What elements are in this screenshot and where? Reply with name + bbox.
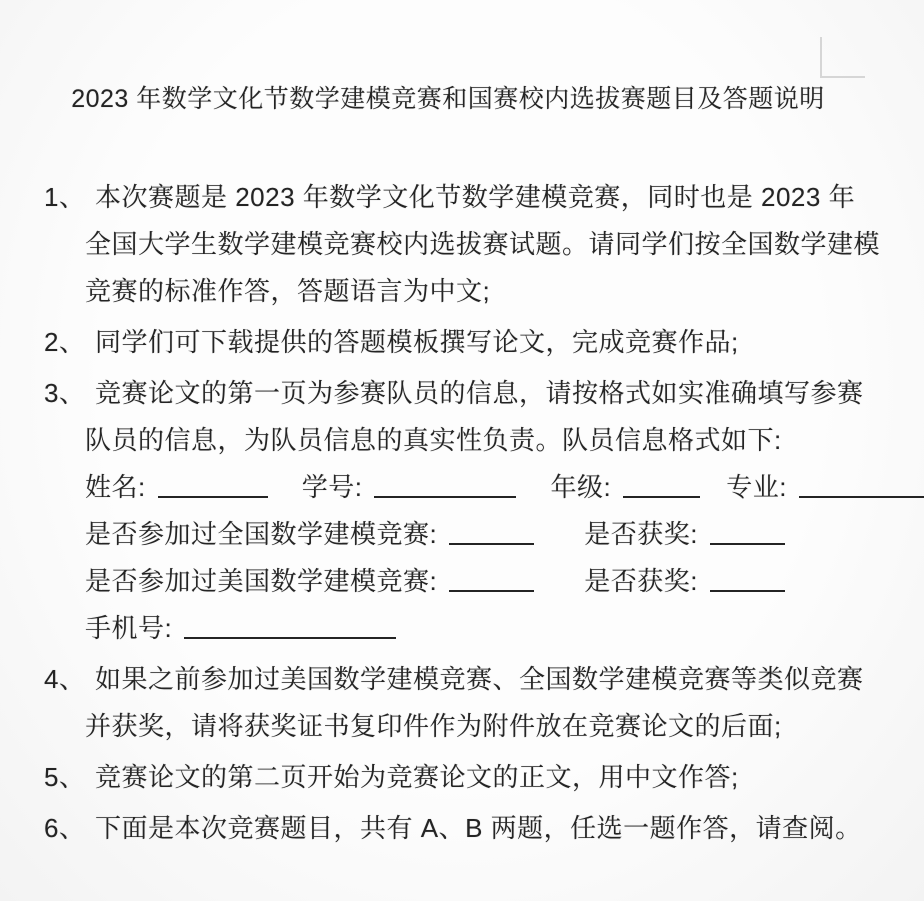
item-text-line: 竞赛的标准作答，答题语言为中文; <box>85 268 852 315</box>
phone-label: 手机号: <box>85 613 172 643</box>
list-item-6: 6、 下面是本次竞赛题目，共有 A、B 两题，任选一题作答，请查阅。 <box>44 805 852 852</box>
team-info-row-phone: 手机号: <box>85 605 852 652</box>
item-text-line: 竞赛论文的第二页开始为竞赛论文的正文，用中文作答; <box>85 754 852 801</box>
us-contest-blank-field <box>449 574 534 592</box>
item-text-line: 并获奖，请将获奖证书复印件作为附件放在竞赛论文的后面; <box>85 703 852 750</box>
team-info-row-basic: 姓名:学号:年级:专业: <box>85 464 852 511</box>
us-contest-label: 是否参加过美国数学建模竞赛: <box>85 566 437 596</box>
document-content: 2023 年数学文化节数学建模竞赛和国赛校内选拔赛题目及答题说明 1、 本次赛题… <box>44 84 852 856</box>
item-text-line: 全国大学生数学建模竞赛校内选拔赛试题。请同学们按全国数学建模 <box>85 221 852 268</box>
phone-blank-field <box>184 621 396 639</box>
student-id-label: 学号: <box>302 472 363 502</box>
item-text-line: 本次赛题是 2023 年数学文化节数学建模竞赛，同时也是 2023 年 <box>85 174 852 221</box>
student-id-blank-field <box>374 480 516 498</box>
item-number: 3、 <box>44 370 85 417</box>
list-item-5: 5、 竞赛论文的第二页开始为竞赛论文的正文，用中文作答; <box>44 754 852 801</box>
page-title: 2023 年数学文化节数学建模竞赛和国赛校内选拔赛题目及答题说明 <box>44 84 852 114</box>
item-text-line: 队员的信息，为队员信息的真实性负责。队员信息格式如下: <box>85 417 852 464</box>
national-contest-label: 是否参加过全国数学建模竞赛: <box>85 519 437 549</box>
item-text-line: 同学们可下载提供的答题模板撰写论文，完成竞赛作品; <box>85 319 852 366</box>
name-blank-field <box>158 480 268 498</box>
us-award-label: 是否获奖: <box>584 566 698 596</box>
name-label: 姓名: <box>85 472 146 502</box>
item-number: 4、 <box>44 656 85 703</box>
item-text-line: 如果之前参加过美国数学建模竞赛、全国数学建模竞赛等类似竞赛 <box>85 656 852 703</box>
document-page: 2023 年数学文化节数学建模竞赛和国赛校内选拔赛题目及答题说明 1、 本次赛题… <box>0 0 924 901</box>
grade-label: 年级: <box>550 472 611 502</box>
national-award-blank-field <box>710 527 785 545</box>
page-margin-corner-mark <box>820 37 865 78</box>
major-blank-field <box>799 480 924 498</box>
team-info-row-us-contest: 是否参加过美国数学建模竞赛:是否获奖: <box>85 558 852 605</box>
grade-blank-field <box>623 480 700 498</box>
team-info-row-national-contest: 是否参加过全国数学建模竞赛:是否获奖: <box>85 511 852 558</box>
us-award-blank-field <box>710 574 785 592</box>
item-text-line: 下面是本次竞赛题目，共有 A、B 两题，任选一题作答，请查阅。 <box>85 805 852 852</box>
item-number: 5、 <box>44 754 85 801</box>
national-award-label: 是否获奖: <box>584 519 698 549</box>
list-item-2: 2、 同学们可下载提供的答题模板撰写论文，完成竞赛作品; <box>44 319 852 366</box>
item-number: 6、 <box>44 805 85 852</box>
major-label: 专业: <box>726 472 787 502</box>
item-text-line: 竞赛论文的第一页为参赛队员的信息，请按格式如实准确填写参赛 <box>85 370 852 417</box>
list-item-4: 4、 如果之前参加过美国数学建模竞赛、全国数学建模竞赛等类似竞赛 并获奖，请将获… <box>44 656 852 750</box>
item-number: 2、 <box>44 319 85 366</box>
list-item-3: 3、 竞赛论文的第一页为参赛队员的信息，请按格式如实准确填写参赛 队员的信息，为… <box>44 370 852 652</box>
list-item-1: 1、 本次赛题是 2023 年数学文化节数学建模竞赛，同时也是 2023 年 全… <box>44 174 852 315</box>
item-number: 1、 <box>44 174 85 221</box>
national-contest-blank-field <box>449 527 534 545</box>
